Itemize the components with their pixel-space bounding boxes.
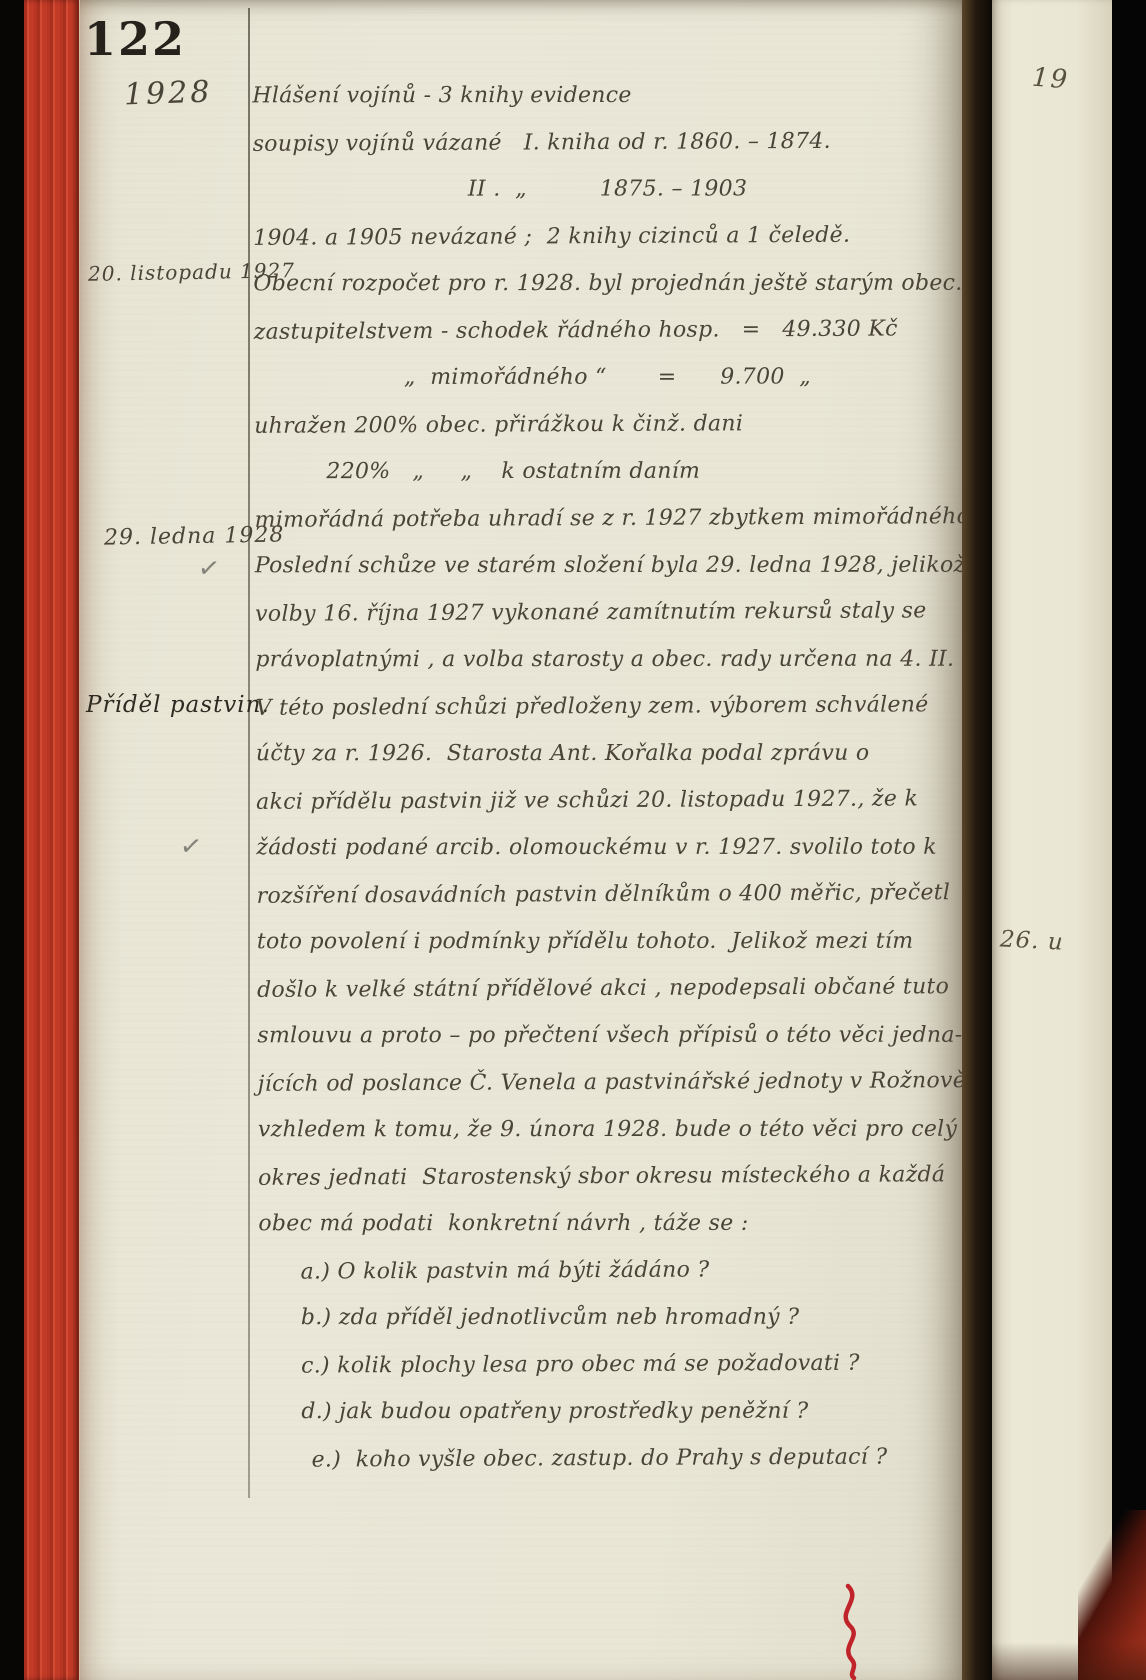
page-number: 122 [84,12,186,66]
facing-page-fragment: 26. u [999,926,1064,955]
handwritten-line: II . „ 1875. – 1903 [468,165,959,212]
handwritten-line: vzhledem k tomu, že 9. února 1928. bude … [258,1106,964,1154]
handwritten-line: uhražen 200% obec. přirážkou k činž. dan… [254,399,960,450]
list-item-a: a.) O kolik pastvin má býti žádáno ? [300,1245,964,1295]
page-gutter-shadow [962,0,992,1680]
handwritten-line: právoplatnými , a volba starosty a obec.… [255,636,961,684]
handwritten-line: žádosti podané arcib. olomouckému v r. 1… [256,824,962,872]
page-bottom-shadow [992,1642,1146,1680]
handwritten-line: obec má podati konkretní návrh , táže se… [258,1200,964,1248]
facing-page-fragment: 19 [1031,63,1070,96]
facing-page-sliver: 19 26. u [992,0,1112,1680]
handwritten-line: účty za r. 1926. Starosta Ant. Kořalka p… [256,730,962,778]
handwritten-line: akci přídělu pastvin již ve schůzi 20. l… [256,775,962,826]
check-mark-icon: ✓ [196,553,222,586]
handwritten-line: toto povolení i podmínky přídělu tohoto.… [257,918,963,966]
handwritten-line: Hlášení vojínů - 3 knihy evidence [252,72,958,120]
handwritten-line: rozšíření dosavádních pastvin dělníkům o… [256,869,962,920]
check-mark-icon: ✓ [178,831,204,864]
list-item-e: e.) koho vyšle obec. zastup. do Prahy s … [311,1433,965,1483]
handwritten-line: V této poslední schůzi předloženy zem. v… [256,681,962,732]
handwritten-line: volby 16. října 1927 vykonané zamítnutím… [255,587,961,638]
list-item-c: c.) kolik plochy lesa pro obec má se pož… [301,1339,965,1389]
handwritten-line: Obecní rozpočet pro r. 1928. byl projedn… [253,260,959,308]
handwritten-line: 1904. a 1905 nevázané ; 2 knihy cizinců … [253,211,959,262]
handwritten-line: mimořádná potřeba uhradí se z r. 1927 zb… [255,493,961,544]
entry-text: Hlášení vojínů - 3 knihy evidence soupis… [252,70,965,1484]
handwritten-line: zastupitelstvem - schodek řádného hosp. … [254,305,960,356]
book-cover-edge [24,0,80,1680]
red-ribbon-bookmark [818,1580,882,1680]
handwritten-line: jících od poslance Č. Venela a pastvinář… [257,1057,963,1108]
chronicle-page: 122 1928 20. listopadu 1927 29. ledna 19… [80,0,962,1680]
handwritten-line: Poslední schůze ve starém složení byla 2… [255,542,961,590]
margin-topic: Příděl pastvin. [86,692,270,718]
margin-year: 1928 [123,74,213,112]
list-item-d: d.) jak budou opatřeny prostředky peněžn… [301,1388,965,1436]
handwritten-line: „ mimořádného “ = 9.700 „ [404,353,960,400]
handwritten-line: 220% „ „ k ostatním daním [326,448,960,496]
book-scan: 122 1928 20. listopadu 1927 29. ledna 19… [0,0,1146,1680]
handwritten-line: okres jednati Starostenský sbor okresu m… [258,1151,964,1202]
handwritten-line: smlouvu a proto – po přečtení všech příp… [257,1012,963,1060]
handwritten-line: došlo k velké státní přídělové akci , ne… [257,963,963,1014]
handwritten-line: soupisy vojínů vázané I. kniha od r. 186… [253,117,959,168]
scan-background [1112,0,1146,1680]
margin-rule [248,8,250,1498]
list-item-b: b.) zda příděl jednotlivcům neb hromadný… [301,1294,965,1342]
